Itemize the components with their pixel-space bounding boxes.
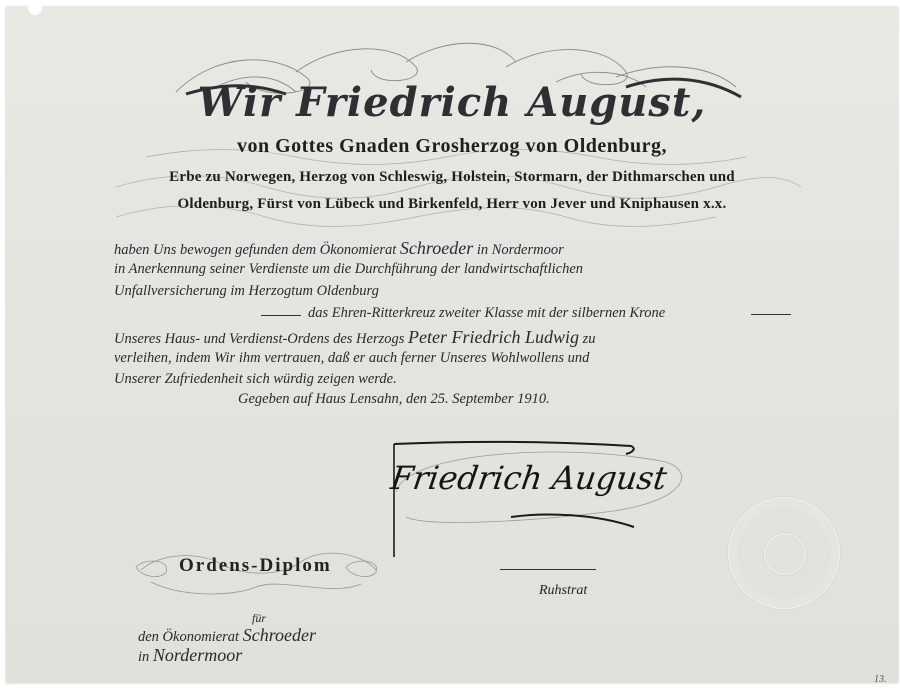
recipient-place: in Nordermoor [477,242,564,258]
fuer-label: für [252,611,266,626]
body-line-5: Unseres Haus- und Verdienst-Ordens des H… [114,327,596,348]
titles-line-2: Oldenburg, Fürst von Lübeck und Birkenfe… [6,196,898,213]
recipient-in: in [138,649,149,665]
signature-flourish-icon [366,432,706,562]
diploma-paper: Wir Friedrich August, von Gottes Gnaden … [6,7,898,683]
sovereign-signature: Friedrich August [388,459,669,497]
footer-recipient-name: Schroeder [243,625,316,645]
dateline-start: Gegeben auf [238,391,312,407]
body-line-7: Unserer Zufriedenheit sich würdig zeigen… [114,371,397,388]
dateline-date: den 25. September 1910. [406,391,550,407]
dash-line-right [751,314,791,315]
dateline-place: Haus Lensahn, [315,391,402,407]
body-line-1-text: haben Uns bewogen gefunden dem Ökonomier… [114,242,396,258]
embossed-seal-icon [728,497,840,609]
body-line-4: das Ehren-Ritterkreuz zweiter Klasse mit… [308,305,665,322]
titles-flourish-icon [106,147,806,227]
orden-diplom-heading: Ordens-Diplom [179,555,332,577]
recipient-line-1: den Ökonomierat Schroeder [138,625,316,646]
page-number: 13. [874,674,887,685]
body-line-5-end: zu [583,331,596,347]
document-subtitle: von Gottes Gnaden Grosherzog von Oldenbu… [6,135,898,158]
body-line-2: in Anerkennung seiner Verdienste um die … [114,261,583,278]
recipient-title: den Ökonomierat [138,629,239,645]
order-namesake: Peter Friedrich Ludwig [408,327,579,347]
countersignature-line [500,569,596,570]
dateline: Gegeben auf Haus Lensahn, den 25. Septem… [238,391,550,408]
footer-recipient-place: Nordermoor [153,645,242,665]
body-line-1: haben Uns bewogen gefunden dem Ökonomier… [114,238,564,259]
document-title: Wir Friedrich August, [6,79,898,126]
dash-line-left [261,315,301,316]
body-line-6: verleihen, indem Wir ihm vertrauen, daß … [114,350,589,367]
body-line-5-text: Unseres Haus- und Verdienst-Ordens des H… [114,331,404,347]
recipient-line-2: in Nordermoor [138,645,242,666]
titles-line-1: Erbe zu Norwegen, Herzog von Schleswig, … [6,169,898,186]
countersignature: Ruhstrat [539,583,587,599]
body-line-3: Unfallversicherung im Herzogtum Oldenbur… [114,283,379,300]
recipient-name: Schroeder [400,238,473,258]
